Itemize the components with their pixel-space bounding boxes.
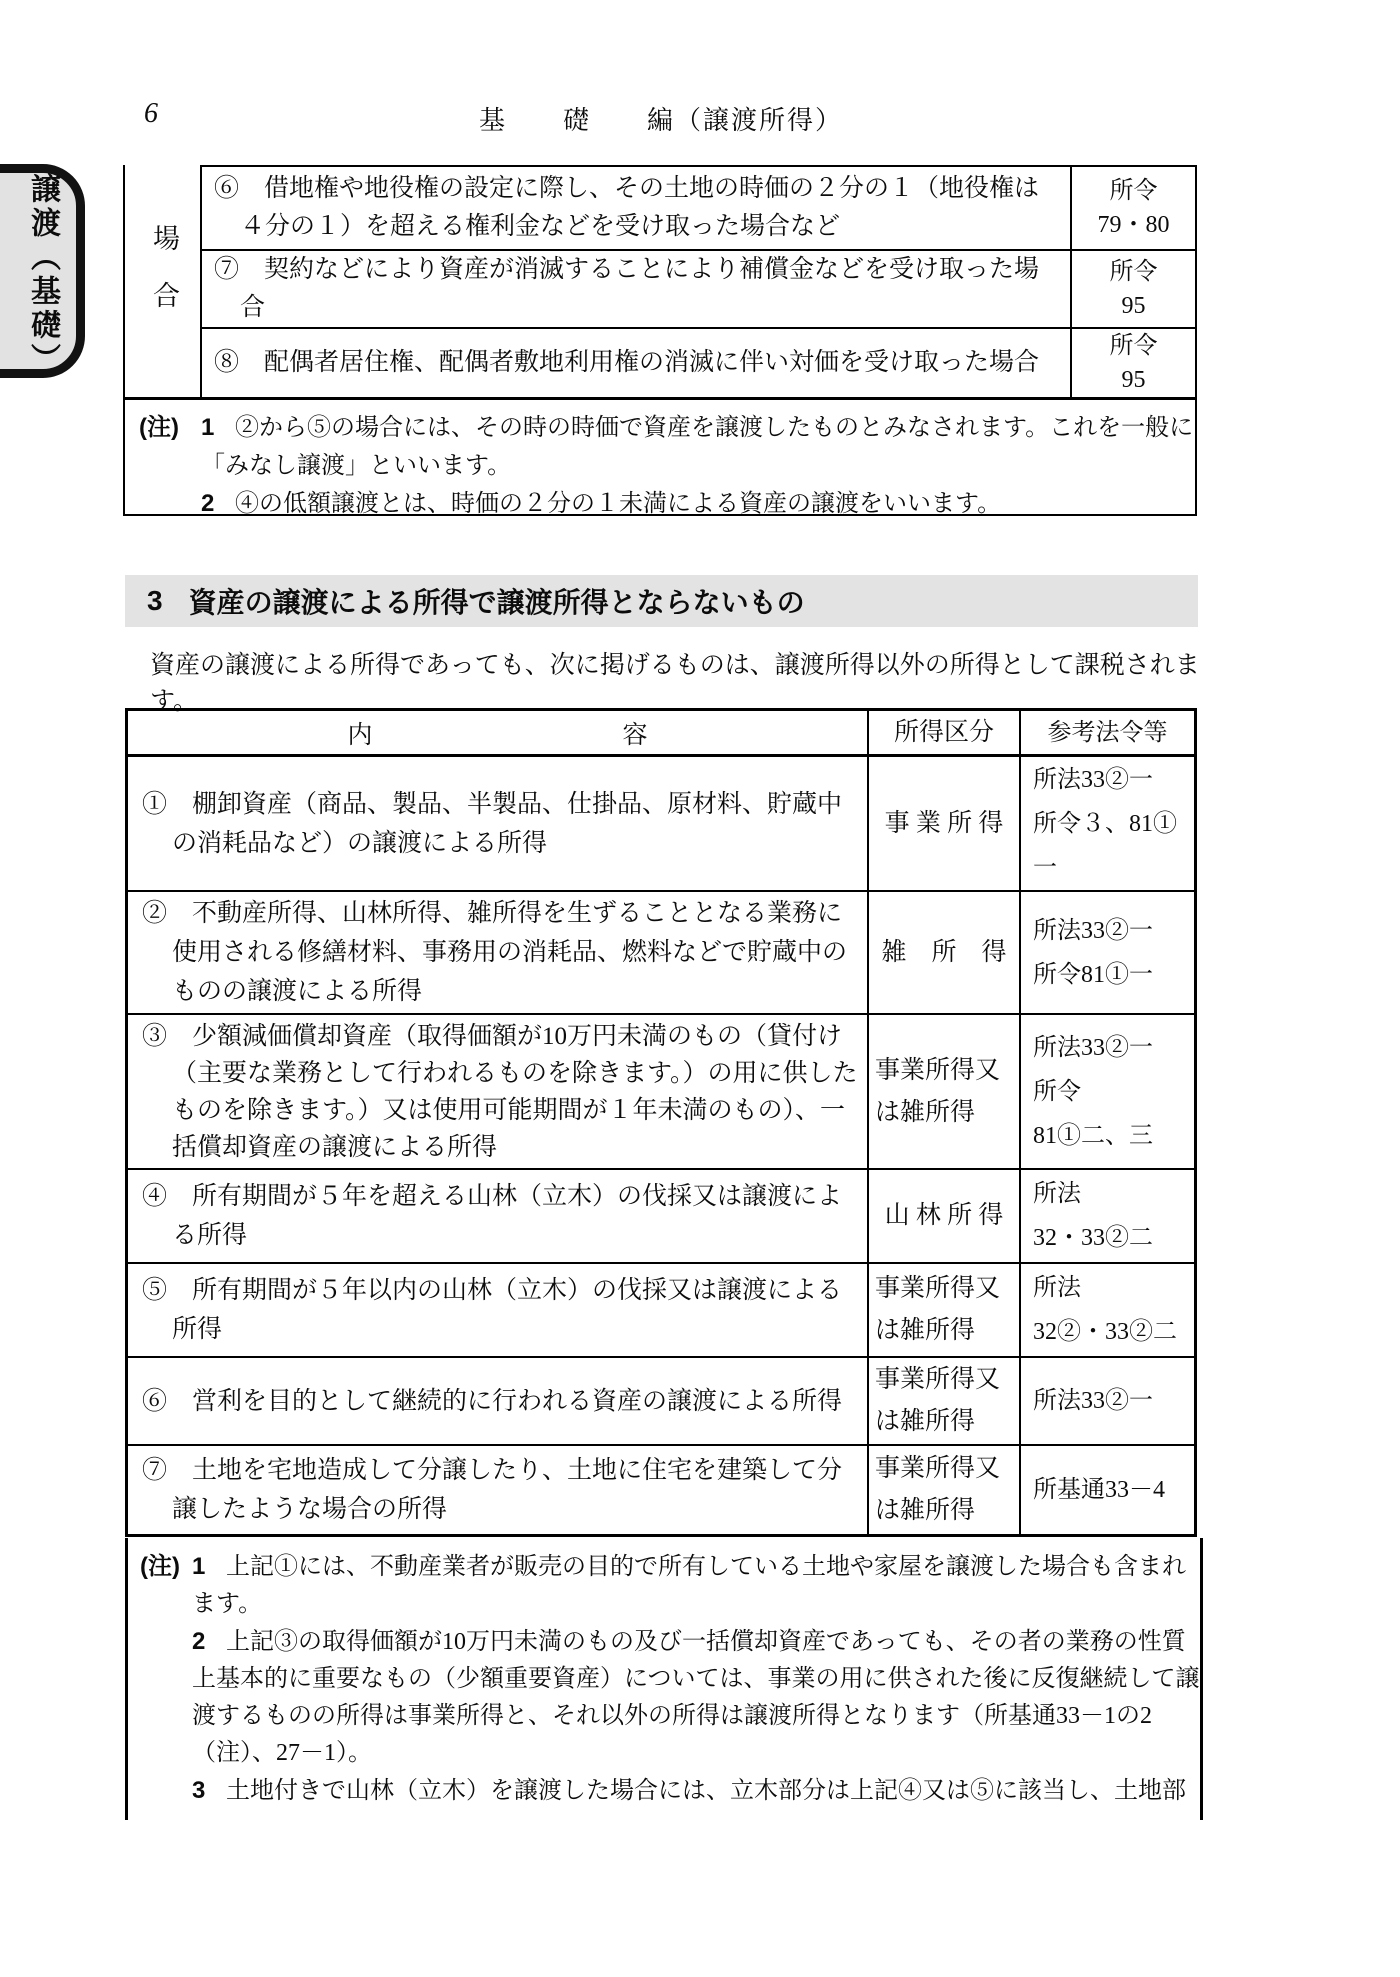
chapter-side-tab-label: 譲渡（基礎） xyxy=(20,173,64,369)
carryover-rows: ⑥ 借地権や地役権の設定に際し、その土地の時価の２分の１（地役権は４分の１）を超… xyxy=(200,165,1195,397)
note-item: 2④の低額譲渡とは、時価の２分の１未満による資産の譲渡をいいます。 xyxy=(125,485,1195,523)
row-6-reference: 所法33②一 xyxy=(1019,1358,1194,1444)
row-7-text: ⑦ 契約などにより資産が消滅することにより補償金などを受け取った場合 xyxy=(202,251,1070,327)
chapter-side-tab: 譲渡（基礎） xyxy=(0,164,85,378)
table-note: (注) 1②から⑤の場合には、その時の時価で資産を譲渡したものとみなされます。こ… xyxy=(125,400,1195,523)
row-7-reference: 所令 95 xyxy=(1070,251,1195,327)
note-item-text: 土地付きで山林（立木）を譲渡した場合には、立木部分は上記④又は⑤に該当し、土地部 xyxy=(226,1778,1186,1804)
table-row: ⑧ 配偶者居住権、配偶者敷地利用権の消滅に伴い対価を受け取った場合 所令 95 xyxy=(202,327,1195,397)
row-8-reference: 所令 95 xyxy=(1070,329,1195,397)
row-2-reference: 所法33②一 所令81①一 xyxy=(1019,892,1194,1013)
note-item-number: 2 xyxy=(192,1623,226,1660)
running-header-title: 基 礎 編（譲渡所得） xyxy=(125,100,1197,137)
row-5-category: 事業所得又は雑所得 xyxy=(867,1264,1019,1356)
row-8-text: ⑧ 配偶者居住権、配偶者敷地利用権の消滅に伴い対価を受け取った場合 xyxy=(202,344,1049,382)
note-item-number: 1 xyxy=(192,1548,226,1585)
row-6-category: 事業所得又は雑所得 xyxy=(867,1358,1019,1444)
table-row: ④ 所有期間が５年を超える山林（立木）の伐採又は譲渡による所得 山 林 所 得 … xyxy=(128,1168,1194,1262)
table-row: ⑥ 借地権や地役権の設定に際し、その土地の時価の２分の１（地役権は４分の１）を超… xyxy=(202,167,1195,249)
note-item-text: ②から⑤の場合には、その時の時価で資産を譲渡したものとみなされます。これを一般に… xyxy=(201,415,1193,479)
row-4-reference: 所法 32・33②二 xyxy=(1019,1170,1194,1262)
document-page: 6 基 礎 編（譲渡所得） 譲渡（基礎） 場合 ⑥ 借地権や地役権の設定に際し、… xyxy=(0,0,1400,1977)
row-1-text: ① 棚卸資産（商品、製品、半製品、仕掛品、原材料、貯蔵中の消耗品など）の譲渡によ… xyxy=(128,785,867,863)
note-label: (注) xyxy=(140,1548,180,1585)
note-item-number: 3 xyxy=(192,1772,226,1809)
row-4-text: ④ 所有期間が５年を超える山林（立木）の伐採又は譲渡による所得 xyxy=(128,1177,867,1255)
note-item-text: ④の低額譲渡とは、時価の２分の１未満による資産の譲渡をいいます。 xyxy=(235,491,1001,517)
table-row: ① 棚卸資産（商品、製品、半製品、仕掛品、原材料、貯蔵中の消耗品など）の譲渡によ… xyxy=(128,755,1194,890)
note-item: 1上記①には、不動産業者が販売の目的で所有している土地や家屋を譲渡した場合も含ま… xyxy=(128,1548,1200,1623)
note-item-number: 1 xyxy=(201,409,235,447)
section-heading: 3 資産の譲渡による所得で譲渡所得とならないもの xyxy=(125,575,1198,627)
row-2-text: ② 不動産所得、山林所得、雑所得を生ずることとなる業務に使用される修繕材料、事務… xyxy=(128,894,867,1011)
row-3-category: 事業所得又は雑所得 xyxy=(867,1015,1019,1168)
table-row: ② 不動産所得、山林所得、雑所得を生ずることとなる業務に使用される修繕材料、事務… xyxy=(128,890,1194,1013)
note-label: (注) xyxy=(139,409,179,447)
row-7-category: 事業所得又は雑所得 xyxy=(867,1446,1019,1534)
table-row: ⑥ 営利を目的として継続的に行われる資産の譲渡による所得 事業所得又は雑所得 所… xyxy=(128,1356,1194,1444)
section-title: 資産の譲渡による所得で譲渡所得とならないもの xyxy=(189,581,805,621)
row-group-cell: 場合 xyxy=(125,165,200,397)
header-category: 所得区分 xyxy=(867,711,1019,755)
table-row: ⑦ 土地を宅地造成して分譲したり、土地に住宅を建築して分譲したような場合の所得 … xyxy=(128,1444,1194,1534)
row-4-category: 山 林 所 得 xyxy=(867,1170,1019,1262)
carryover-table: 場合 ⑥ 借地権や地役権の設定に際し、その土地の時価の２分の１（地役権は４分の１… xyxy=(123,165,1197,516)
note-item: 3土地付きで山林（立木）を譲渡した場合には、立木部分は上記④又は⑤に該当し、土地… xyxy=(128,1772,1200,1810)
header-content: 内 容 xyxy=(128,711,867,755)
classification-table: 内 容 所得区分 参考法令等 ① 棚卸資産（商品、製品、半製品、仕掛品、原材料、… xyxy=(125,708,1197,1537)
row-1-reference: 所法33②一 所令３、81① 一 xyxy=(1019,757,1194,890)
section-number: 3 xyxy=(125,585,189,617)
note-item-text: 上記①には、不動産業者が販売の目的で所有している土地や家屋を譲渡した場合も含まれ… xyxy=(192,1554,1186,1617)
note-item-text: 上記③の取得価額が10万円未満のもの及び一括償却資産であっても、その者の業務の性… xyxy=(192,1629,1200,1766)
row-6-reference: 所令 79・80 xyxy=(1070,167,1195,249)
row-5-text: ⑤ 所有期間が５年以内の山林（立木）の伐採又は譲渡による所得 xyxy=(128,1271,867,1349)
row-3-reference: 所法33②一 所令 81①二、三 xyxy=(1019,1015,1194,1168)
row-2-category: 雑 所 得 xyxy=(867,892,1019,1013)
note-item: 2上記③の取得価額が10万円未満のもの及び一括償却資産であっても、その者の業務の… xyxy=(128,1623,1200,1772)
table-header-row: 内 容 所得区分 参考法令等 xyxy=(128,711,1194,755)
row-5-reference: 所法 32②・33②二 xyxy=(1019,1264,1194,1356)
table-footnotes: (注) 1上記①には、不動産業者が販売の目的で所有している土地や家屋を譲渡した場… xyxy=(125,1538,1203,1820)
carryover-table-body: 場合 ⑥ 借地権や地役権の設定に際し、その土地の時価の２分の１（地役権は４分の１… xyxy=(125,165,1195,400)
table-row: ③ 少額減価償却資産（取得価額が10万円未満のもの（貸付け（主要な業務として行わ… xyxy=(128,1013,1194,1168)
row-3-text: ③ 少額減価償却資産（取得価額が10万円未満のもの（貸付け（主要な業務として行わ… xyxy=(128,1018,867,1166)
table-row: ⑦ 契約などにより資産が消滅することにより補償金などを受け取った場合 所令 95 xyxy=(202,249,1195,327)
note-item: 1②から⑤の場合には、その時の時価で資産を譲渡したものとみなされます。これを一般… xyxy=(125,409,1195,485)
row-6-text: ⑥ 営利を目的として継続的に行われる資産の譲渡による所得 xyxy=(128,1382,850,1421)
header-reference: 参考法令等 xyxy=(1019,711,1194,755)
row-7-text: ⑦ 土地を宅地造成して分譲したり、土地に住宅を建築して分譲したような場合の所得 xyxy=(128,1451,867,1529)
table-row: ⑤ 所有期間が５年以内の山林（立木）の伐採又は譲渡による所得 事業所得又は雑所得… xyxy=(128,1262,1194,1356)
row-7-reference: 所基通33－4 xyxy=(1019,1446,1194,1534)
row-6-text: ⑥ 借地権や地役権の設定に際し、その土地の時価の２分の１（地役権は４分の１）を超… xyxy=(202,170,1070,246)
row-1-category: 事 業 所 得 xyxy=(867,757,1019,890)
note-item-number: 2 xyxy=(201,485,235,523)
row-group-label: 場合 xyxy=(148,224,177,338)
